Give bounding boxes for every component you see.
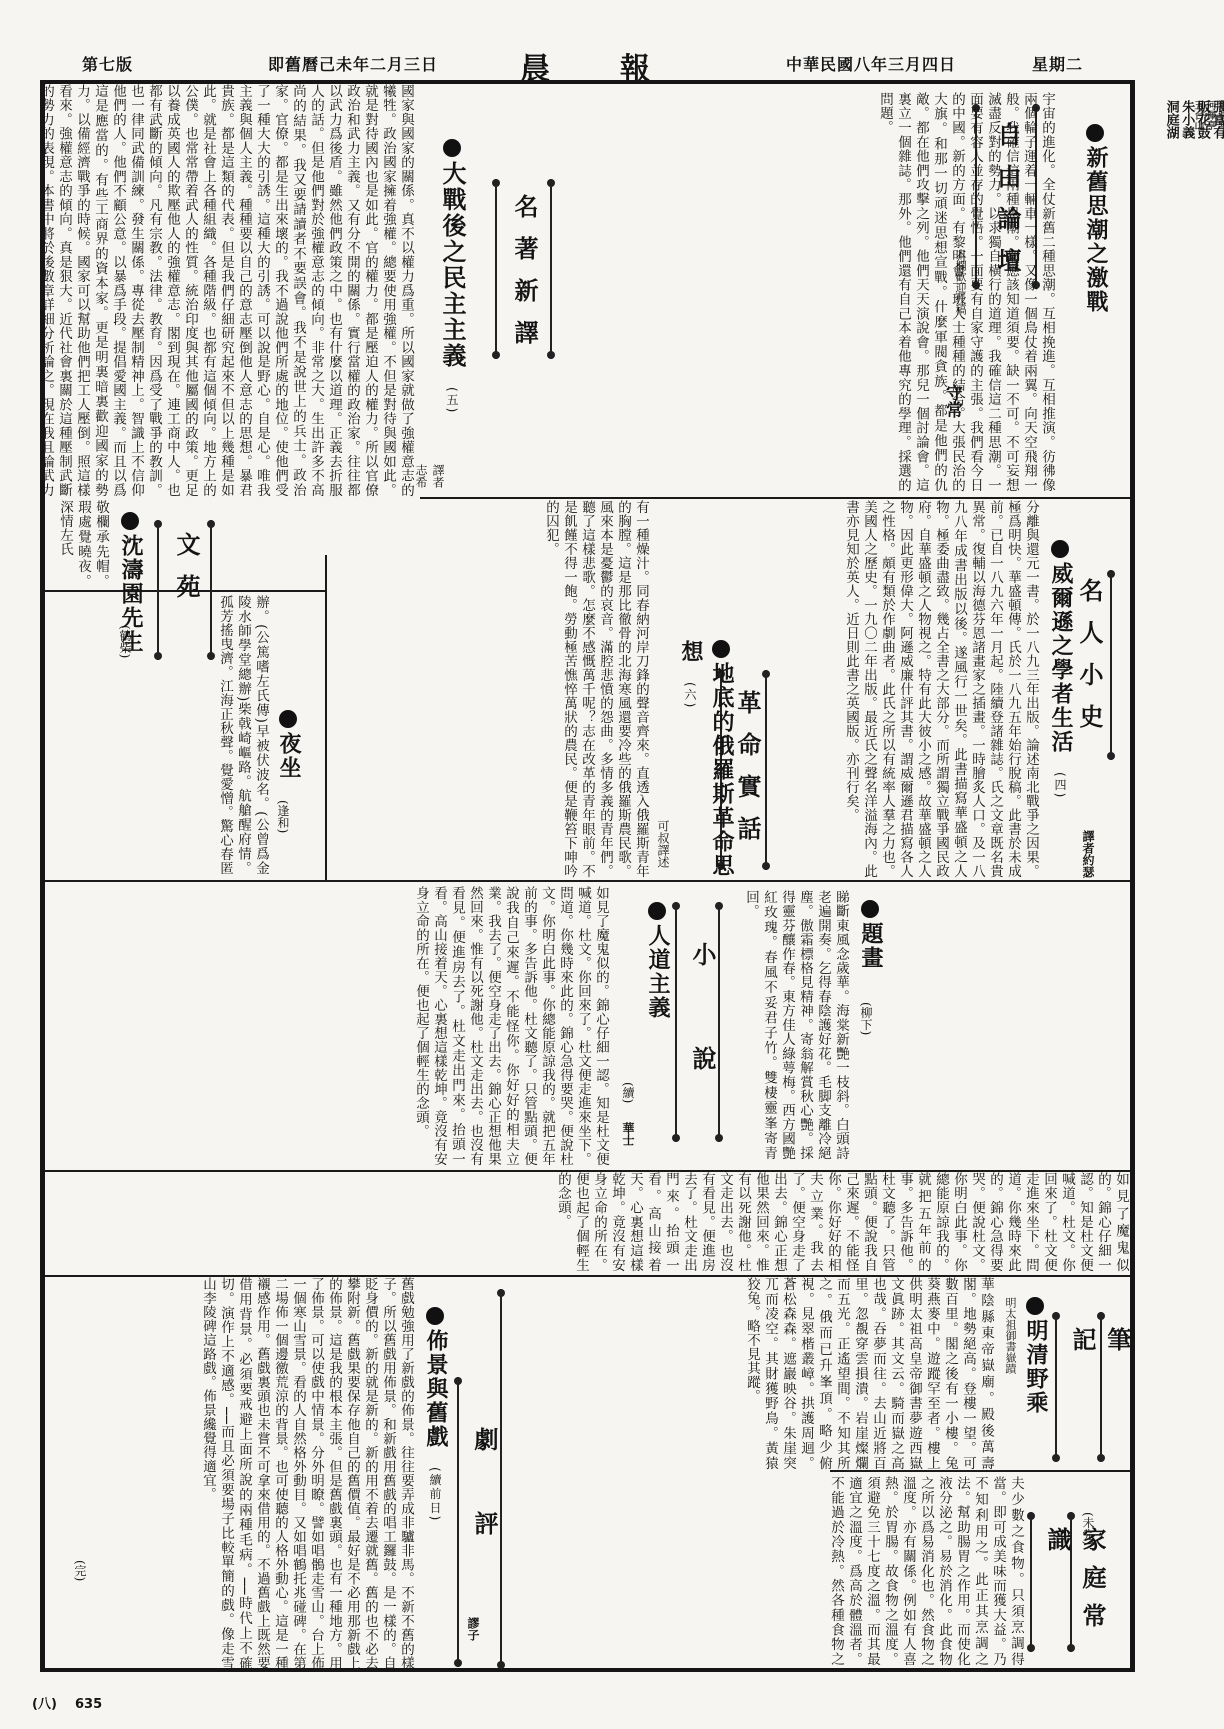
section-free-forum: 自由論壇 本欄歡迎投稿 新舊思潮之激戰 守常 宇宙的進化。全仗新舊二種思潮。互相… bbox=[610, 84, 1130, 497]
bullet-icon bbox=[1086, 124, 1104, 142]
section-notes: 筆記 明清野乘 明太祖御書嶽蹟 華陰縣東帝嶽廟。殿後萬壽閣。地勢絕高。登樓一望。… bbox=[520, 1277, 1130, 1470]
section-household: (未完) 家庭常識 夫少數之食物。只須烹調得當。即可成美味而獲大益。乃不知利用之… bbox=[830, 1472, 1130, 1670]
bullet-icon bbox=[426, 1307, 444, 1325]
bullet-icon bbox=[1051, 540, 1069, 558]
poem-body: 睇斷東風念歲華。海棠新艷一枝斜。白頭詩老遍開奏。乞得春陰護好花。毛脚支離冷絕塵。… bbox=[750, 890, 850, 1160]
article-author: 謬子 bbox=[465, 1617, 482, 1641]
bullet-icon bbox=[121, 512, 139, 530]
poem-body: 辦。(公篤嗜左氏傳)早被伏波名。(公曾爲金陵水師學堂總辦)柴戟崎嶇路。航艙醒府情… bbox=[45, 595, 270, 875]
weekday-label: 星期二 bbox=[1032, 52, 1083, 75]
section-fiction: (續) 華士 如見了魔鬼似的。錦心仔細一認。知是杜文便喊道。杜文。你回來了。杜文… bbox=[45, 882, 635, 1168]
actor-name: 何佩亭 bbox=[1203, 100, 1215, 130]
section-drama-review: 劇評 佈景與舊戲 (續前日) 謬子 舊戲勉強用了新戲的佈景。往往要弄成非驢非馬。… bbox=[95, 1277, 520, 1670]
article-body: 夫少數之食物。只須烹調得當。即可成美味而獲大益。乃不知利用之。此正其烹調之法。幫… bbox=[830, 1476, 1025, 1666]
lunar-date: 即舊曆己未年二月三日 bbox=[268, 52, 438, 75]
section-fiction-continued: 如見了魔鬼似的。錦心仔細一認。知是杜文便喊道。杜文。你回來了。杜文便走進來坐下。… bbox=[45, 1172, 1130, 1272]
actor-names-column: 金鳳奎孟小茹李連仲董寶奎周瑞安梅蘭芳孟小茹小翠花王又荃侯喜瑞尚小雲余叔岩王鳳卿譚… bbox=[1191, 100, 1224, 152]
bullet-icon bbox=[279, 710, 297, 728]
section-inscription-poem: 題畫 (柳下) 睇斷東風念歲華。海棠新艷一枝斜。白頭詩老遍開奏。乞得春陰護好花。… bbox=[640, 882, 1130, 1168]
article-title: 新舊思潮之激戰 bbox=[1080, 124, 1111, 314]
play-title: 洞庭湖 bbox=[1163, 100, 1179, 139]
translator: 譯者志希 bbox=[413, 464, 447, 497]
edition-label: 第七版 bbox=[82, 52, 133, 75]
theater-listing: 八仙且取金陵八仙且鐵龍山殺月樓摩天嶺金小樓硃砂痣王金奎招賢鎮余叔岩武家坡常九如荀… bbox=[1130, 80, 1224, 1672]
section-famous-people: 名人小史 威爾遜之學者生活 (四) 譯者約瑟 分離與還元一書。於一八九三年出版。… bbox=[820, 500, 1130, 878]
fiction-body-continued: 如見了魔鬼似的。錦心仔細一認。知是杜文便喊道。杜文。你回來了。杜文便走進來坐下。… bbox=[45, 1172, 1130, 1272]
article-body: 分離與還元一書。於一八九三年出版。論述南北戰爭之因果。極爲明快。華盛頓傳。氏於一… bbox=[820, 500, 1040, 878]
translator: 譯者約瑟 bbox=[1080, 830, 1097, 878]
section-famous-translations: 名著新譯 大戰後之民主主義 (五) 譯者志希 國家與國家的關係。真不以權力爲重。… bbox=[45, 84, 610, 497]
poem-title: 夜坐 bbox=[273, 710, 304, 780]
actor-name: 蕭長華 bbox=[1215, 100, 1224, 130]
bullet-icon bbox=[443, 139, 461, 157]
article-title: 地底的俄羅斯革命思想 (六) bbox=[675, 640, 737, 878]
fiction-author: 華士 bbox=[620, 1122, 635, 1146]
article-body: 有一種燥汁。同春納河岸刀鋒的聲音齊來。直透入俄羅斯青年的胸膛。這是那比徹骨的北海… bbox=[420, 500, 650, 878]
section-heading-fiction: 小說 bbox=[685, 942, 720, 1150]
article-title: 佈景與舊戲 (續前日) bbox=[420, 1307, 451, 1522]
article-title: 明清野乘 bbox=[1020, 1297, 1051, 1415]
page-number: 635 bbox=[75, 1697, 102, 1712]
poem-title: 題畫 bbox=[855, 900, 886, 970]
article-body: 舊戲勉強用了新戲的佈景。往往要弄成非驢非馬。不新不舊的樣子。所以舊戲用佈景。和新… bbox=[95, 1277, 415, 1670]
fiction-part: (續) bbox=[620, 1082, 635, 1103]
article-title: 威爾遜之學者生活 (四) bbox=[1045, 540, 1076, 799]
section-heading: 名著新譯 bbox=[507, 194, 542, 362]
article-body: 宇宙的進化。全仗新舊二種思潮。互相挽進。互相推演。彷彿像兩個輪子運着一輛車一樣。… bbox=[616, 92, 1056, 492]
page-label: (八) bbox=[32, 1697, 57, 1712]
article-title: 大戰後之民主主義 (五) bbox=[435, 139, 470, 415]
poem-author: (逢和) bbox=[275, 800, 292, 833]
section-revolution-stories: 革命實話 地底的俄羅斯革命思想 (六) 可叔譯述 有一種燥汁。同春納河岸刀鋒的聲… bbox=[420, 500, 820, 878]
translator: 可叔譯述 bbox=[655, 820, 672, 868]
section-heading: 名人小史 bbox=[1072, 578, 1107, 746]
actor-name: 五台山 bbox=[1191, 100, 1203, 130]
section-heading: 家庭常識 bbox=[1040, 1527, 1110, 1670]
page-footer: (八) 635 bbox=[32, 1693, 102, 1712]
bullet-icon bbox=[712, 640, 730, 658]
article-subtitle: 明太祖御書嶽蹟 bbox=[1002, 1297, 1018, 1374]
poem-author: (柳下) bbox=[858, 1002, 875, 1035]
article-body: 國家與國家的關係。真不以權力爲重。所以國家就做了強權意志的犧牲。政治國家擁着強權… bbox=[45, 84, 415, 497]
fiction-body: 如見了魔鬼似的。錦心仔細一認。知是杜文便喊道。杜文。你回來了。杜文便走進來坐下。… bbox=[45, 886, 610, 1166]
fiction-title: 人道主義 bbox=[642, 902, 673, 1020]
article-body: 華陰縣東帝嶽廟。殿後萬壽閣。地勢絕高。登樓一望。可數百里。閣之後有一小樓。兔葵燕… bbox=[520, 1277, 995, 1470]
bullet-icon bbox=[648, 902, 666, 920]
poem-body: 敬欄承先帽。瑕處覺曉夜。深情左氏 bbox=[45, 500, 110, 588]
divider-row1 bbox=[420, 497, 1130, 499]
bullet-icon bbox=[1026, 1297, 1044, 1315]
section-literary-garden: 文苑 沈濤園先生 (鶴柴) 敬欄承先帽。瑕處覺曉夜。深情左氏 夜坐 (逢和) 辦… bbox=[45, 500, 325, 878]
divider-literary-v bbox=[325, 555, 327, 880]
gregorian-date: 中華民國八年三月四日 bbox=[786, 52, 956, 75]
section-heading: 筆記 bbox=[1065, 1327, 1130, 1470]
fiction-end-mark: (完) bbox=[72, 1560, 89, 1581]
bullet-icon bbox=[861, 900, 879, 918]
section-heading: 劇評 bbox=[467, 1427, 502, 1595]
